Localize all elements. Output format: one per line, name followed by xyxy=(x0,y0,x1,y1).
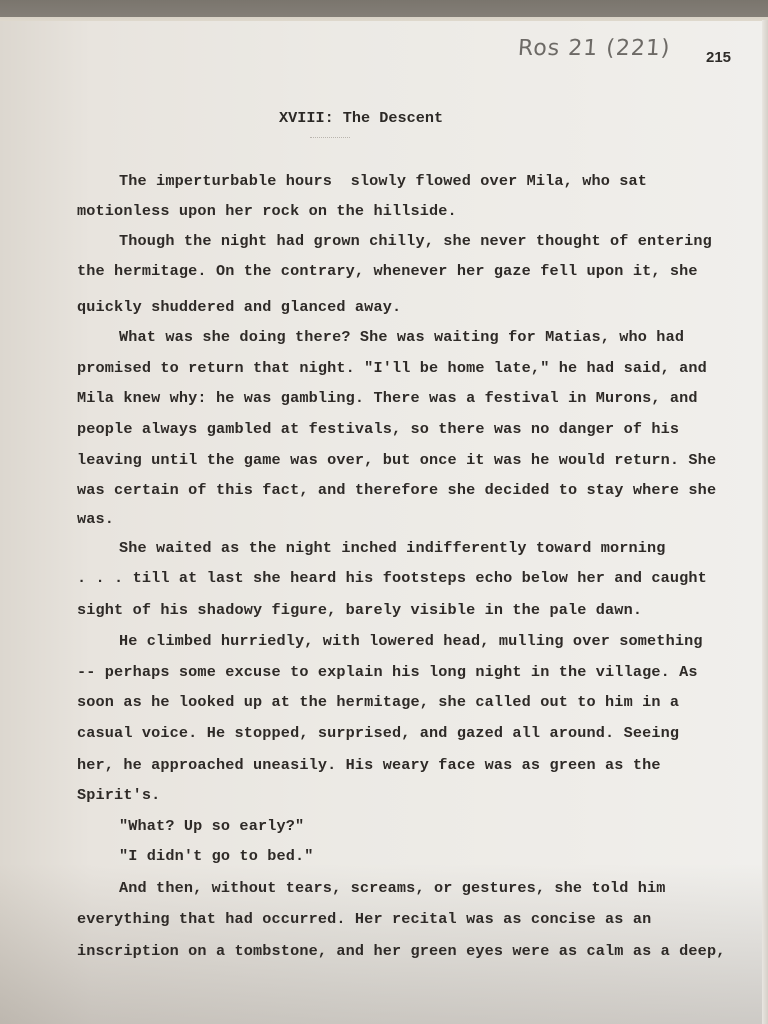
text-line: And then, without tears, screams, or ges… xyxy=(119,879,666,897)
text-line: leaving until the game was over, but onc… xyxy=(77,451,716,469)
text-line: motionless upon her rock on the hillside… xyxy=(77,202,457,220)
text-line: everything that had occurred. Her recita… xyxy=(77,910,651,928)
text-line: Mila knew why: he was gambling. There wa… xyxy=(77,389,698,407)
title-dotted-mark xyxy=(310,137,350,139)
page-number: 215 xyxy=(706,49,731,66)
text-line: He climbed hurriedly, with lowered head,… xyxy=(119,632,703,650)
text-line: was. xyxy=(77,510,114,528)
text-line: -- perhaps some excuse to explain his lo… xyxy=(77,663,698,681)
text-line: Spirit's. xyxy=(77,786,160,804)
text-line: The imperturbable hours slowly flowed ov… xyxy=(119,172,647,190)
text-line: "What? Up so early?" xyxy=(119,817,304,835)
chapter-title: XVIII: The Descent xyxy=(279,109,443,127)
text-line: soon as he looked up at the hermitage, s… xyxy=(77,693,679,711)
text-line: the hermitage. On the contrary, whenever… xyxy=(77,262,698,280)
text-line: She waited as the night inched indiffere… xyxy=(119,539,666,557)
text-line: her, he approached uneasily. His weary f… xyxy=(77,756,661,774)
handwritten-archive-note: Ros 21 (221) xyxy=(517,36,671,61)
text-line: promised to return that night. "I'll be … xyxy=(77,359,707,377)
text-line: sight of his shadowy figure, barely visi… xyxy=(77,601,642,619)
text-line: casual voice. He stopped, surprised, and… xyxy=(77,724,679,742)
text-line: What was she doing there? She was waitin… xyxy=(119,328,684,346)
text-line: inscription on a tombstone, and her gree… xyxy=(77,942,725,960)
text-line: was certain of this fact, and therefore … xyxy=(77,481,716,499)
text-line: quickly shuddered and glanced away. xyxy=(77,298,401,316)
text-line: "I didn't go to bed." xyxy=(119,847,314,865)
text-line: . . . till at last she heard his footste… xyxy=(77,569,707,587)
text-line: Though the night had grown chilly, she n… xyxy=(119,232,712,250)
text-line: people always gambled at festivals, so t… xyxy=(77,420,679,438)
page-right-edge xyxy=(762,20,768,1024)
